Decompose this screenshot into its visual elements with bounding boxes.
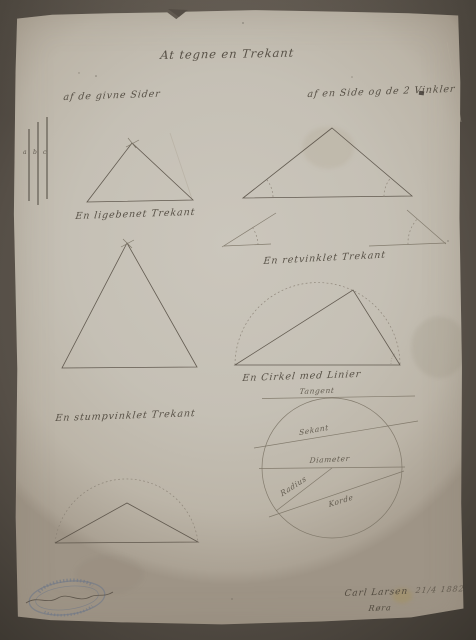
signature-place: Røra xyxy=(368,603,392,613)
signature-date: 21/4 1882 xyxy=(415,584,465,595)
given-angle-left xyxy=(222,213,276,247)
triangle-from-sides xyxy=(87,138,193,202)
side-mark-c: c xyxy=(43,149,46,156)
obtuse-triangle xyxy=(55,479,198,543)
stamp-signature xyxy=(26,592,113,603)
triangle-side-two-angles xyxy=(243,128,412,198)
isosceles-triangle xyxy=(62,239,197,368)
side-mark-b: b xyxy=(33,149,37,156)
given-angle-right xyxy=(369,210,446,246)
oval-stamp xyxy=(27,576,107,620)
right-angled-triangle xyxy=(235,283,400,365)
label-tangent: Tangent xyxy=(299,386,335,396)
photo-backdrop: At tegne en Trekant af de givne Sider af… xyxy=(0,0,476,640)
page-title: At tegne en Trekant xyxy=(160,46,295,62)
circle-figure xyxy=(254,396,418,538)
given-sides-figure xyxy=(29,117,47,205)
side-mark-a: a xyxy=(23,149,27,156)
